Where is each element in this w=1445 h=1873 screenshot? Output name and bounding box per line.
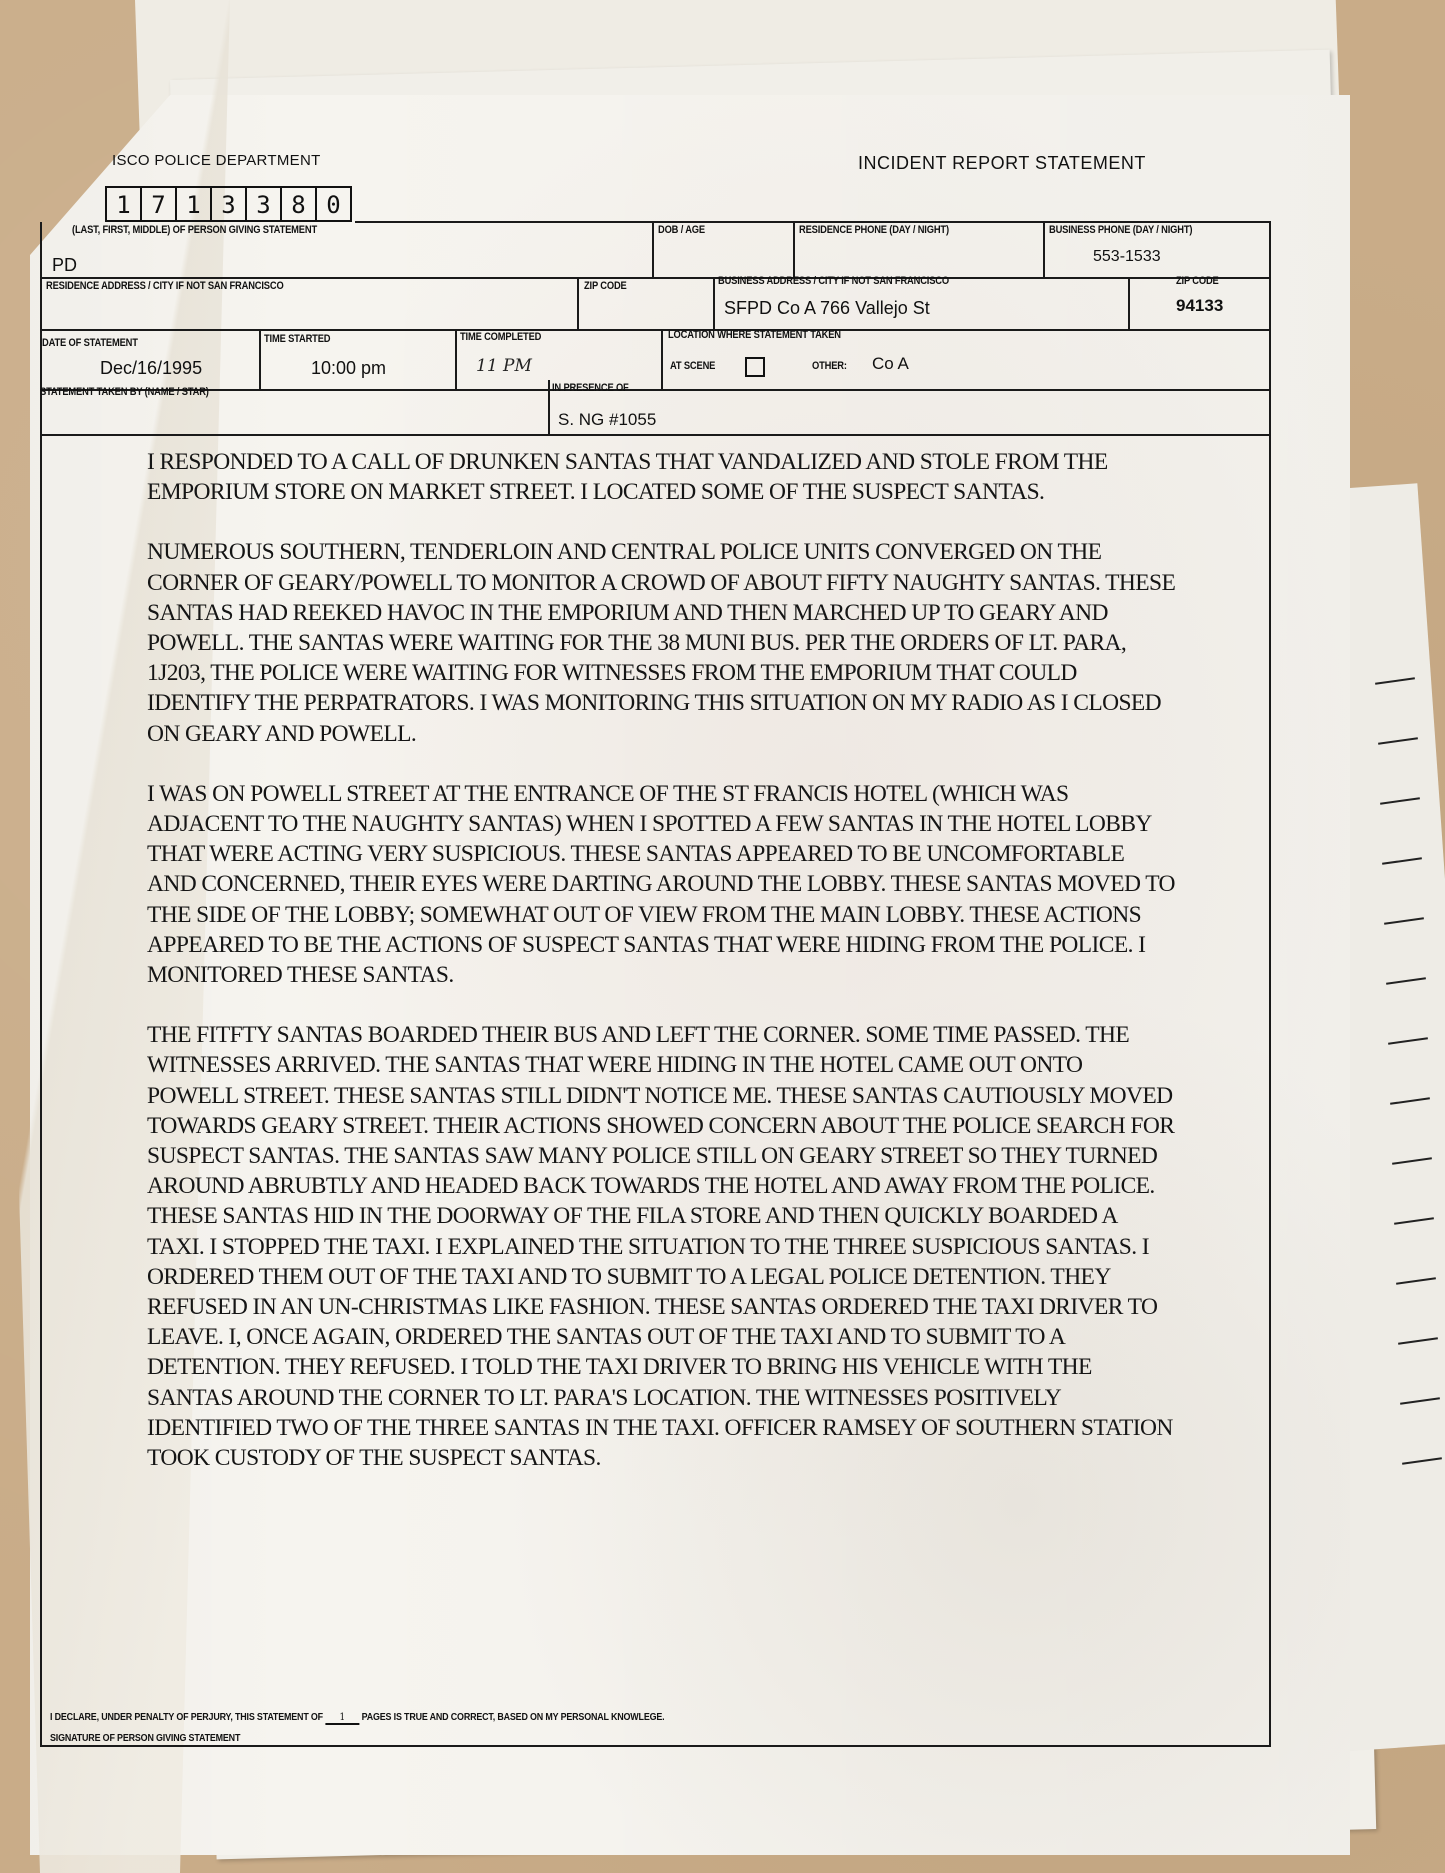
taken-by-label: STATEMENT TAKEN BY (NAME / STAR)	[40, 386, 209, 398]
col-divider	[1128, 277, 1130, 329]
form-title: INCIDENT REPORT STATEMENT	[858, 153, 1146, 174]
col-divider	[652, 221, 654, 277]
time-started-label: TIME STARTED	[264, 333, 330, 345]
business-phone-value: 553-1533	[1093, 248, 1161, 266]
declaration-text: I DECLARE, UNDER PENALTY OF PERJURY, THI…	[50, 1711, 323, 1723]
page-count-value: 1	[325, 1711, 359, 1725]
col-divider	[455, 331, 457, 389]
other-label: OTHER:	[812, 360, 847, 372]
date-value: Dec/16/1995	[100, 358, 202, 379]
case-number-digit: 1	[177, 188, 212, 220]
business-zip-value: 94133	[1176, 296, 1223, 316]
row-divider	[40, 329, 1271, 331]
declaration-text-2: PAGES IS TRUE AND CORRECT, BASED ON MY P…	[362, 1711, 665, 1723]
case-number-digit: 3	[212, 188, 247, 220]
statement-paragraph: I RESPONDED TO A CALL OF DRUNKEN SANTAS …	[147, 447, 1177, 507]
row-divider	[40, 434, 1271, 436]
case-number: 1713380	[105, 186, 352, 222]
at-scene-checkbox[interactable]	[745, 357, 765, 377]
col-divider	[577, 277, 579, 329]
col-divider	[259, 331, 261, 389]
col-divider	[548, 380, 550, 435]
name-label: (LAST, FIRST, MIDDLE) OF PERSON GIVING S…	[72, 224, 317, 236]
zip-label: ZIP CODE	[584, 280, 627, 292]
col-divider	[713, 277, 715, 329]
col-divider	[1043, 221, 1045, 277]
location-label: LOCATION WHERE STATEMENT TAKEN	[668, 329, 841, 341]
col-divider	[661, 331, 663, 389]
statement-paragraph: NUMEROUS SOUTHERN, TENDERLOIN AND CENTRA…	[147, 537, 1177, 748]
frame-bottom	[40, 1745, 1271, 1747]
statement-paragraph: I WAS ON POWELL STREET AT THE ENTRANCE O…	[147, 779, 1177, 990]
time-completed-label: TIME COMPLETED	[460, 331, 541, 343]
dob-label: DOB / AGE	[658, 224, 705, 236]
other-location-value: Co A	[872, 354, 909, 374]
case-number-digit: 0	[317, 188, 350, 220]
col-divider	[793, 221, 795, 277]
declaration: I DECLARE, UNDER PENALTY OF PERJURY, THI…	[50, 1711, 664, 1725]
case-number-digit: 1	[107, 188, 142, 220]
at-scene-label: AT SCENE	[670, 360, 715, 372]
frame-right	[1269, 222, 1271, 1747]
business-phone-label: BUSINESS PHONE (DAY / NIGHT)	[1049, 224, 1192, 236]
case-number-digit: 8	[282, 188, 317, 220]
business-zip-label: ZIP CODE	[1176, 275, 1219, 287]
time-started-value: 10:00 pm	[311, 358, 386, 379]
name-value: PD	[52, 255, 77, 276]
presence-label: IN PRESENCE OF	[552, 382, 629, 394]
signature-label: SIGNATURE OF PERSON GIVING STATEMENT	[50, 1732, 240, 1744]
business-address-label: BUSINESS ADDRESS / CITY IF NOT SAN FRANC…	[718, 275, 949, 287]
business-address-value: SFPD Co A 766 Vallejo St	[724, 298, 930, 319]
residence-address-label: RESIDENCE ADDRESS / CITY IF NOT SAN FRAN…	[46, 280, 284, 292]
frame-left	[40, 222, 42, 1747]
statement-body: I RESPONDED TO A CALL OF DRUNKEN SANTAS …	[147, 447, 1177, 1503]
row-divider	[40, 389, 1271, 391]
department-name: ISCO POLICE DEPARTMENT	[112, 152, 321, 169]
time-completed-value: 11 PM	[476, 356, 532, 376]
case-number-digit: 3	[247, 188, 282, 220]
row-divider	[40, 277, 1271, 279]
residence-phone-label: RESIDENCE PHONE (DAY / NIGHT)	[799, 224, 949, 236]
row-divider	[355, 221, 1271, 223]
statement-paragraph: THE FITFTY SANTAS BOARDED THEIR BUS AND …	[147, 1020, 1177, 1473]
incident-report-form: ISCO POLICE DEPARTMENT INCIDENT REPORT S…	[0, 0, 1445, 1873]
presence-value: S. NG #1055	[558, 410, 656, 430]
case-number-digit: 7	[142, 188, 177, 220]
date-label: DATE OF STATEMENT	[42, 337, 138, 349]
